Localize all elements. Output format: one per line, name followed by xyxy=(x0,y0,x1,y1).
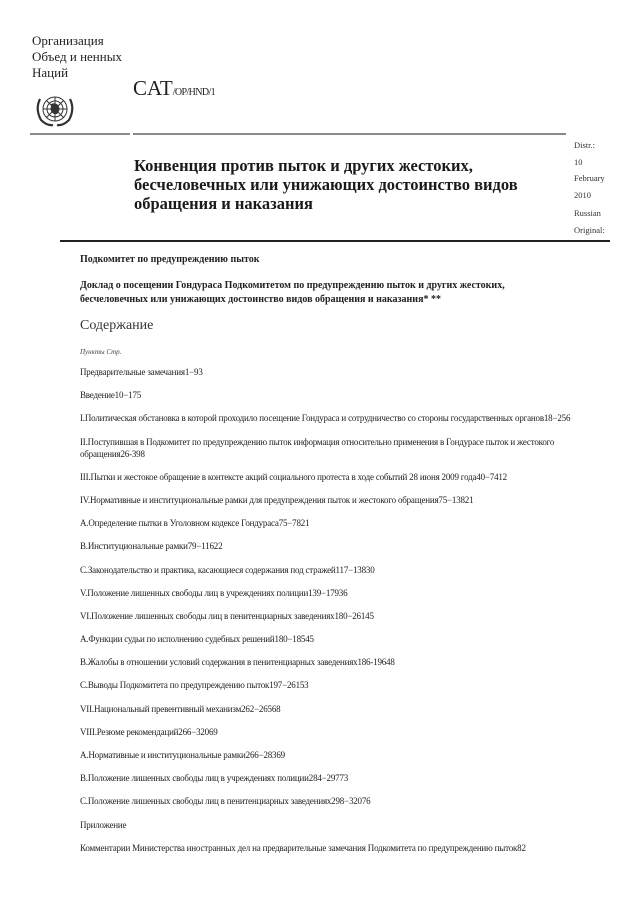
toc-item[interactable]: B.Институциональные рамки79−11622 xyxy=(80,540,580,552)
toc-item[interactable]: Введение10−175 xyxy=(80,389,580,401)
distr-label: Distr.: xyxy=(574,140,605,151)
convention-title: Конвенция против пыток и других жестоких… xyxy=(134,156,554,213)
toc-item[interactable]: A.Нормативные и институциональные рамки2… xyxy=(80,749,580,761)
organization-line-2: Объед и ненных xyxy=(32,49,122,65)
organization-line-3: Наций xyxy=(32,65,122,81)
document-symbol-main: CAT xyxy=(133,76,173,100)
toc-item[interactable]: B.Жалобы в отношении условий содержания … xyxy=(80,656,580,668)
toc-item[interactable]: IV.Нормативные и институциональные рамки… xyxy=(80,494,580,506)
header-rule-bottom xyxy=(60,240,610,242)
toc-item[interactable]: A.Функции судьи по исполнению судебных р… xyxy=(80,633,580,645)
toc-annex-heading: Приложение xyxy=(80,819,580,831)
toc-item[interactable]: III.Пытки и жестокое обращение в контекс… xyxy=(80,471,580,483)
toc-item[interactable]: Комментарии Министерства иностранных дел… xyxy=(80,842,580,854)
date-year: 2010 xyxy=(574,190,605,201)
date-month: February xyxy=(574,173,605,184)
header-rule-left xyxy=(30,133,130,135)
toc-item[interactable]: VIII.Резюме рекомендаций266−32069 xyxy=(80,726,580,738)
date-day: 10 xyxy=(574,157,605,168)
subcommittee-heading: Подкомитет по предупреждению пыток xyxy=(80,254,260,265)
document-date: 10 February 2010 xyxy=(574,157,605,201)
toc-item[interactable]: C.Положение лишенных свободы лиц в пенит… xyxy=(80,795,580,807)
un-emblem-icon xyxy=(31,90,79,130)
toc-item[interactable]: V.Положение лишенных свободы лиц в учреж… xyxy=(80,587,580,599)
toc-item[interactable]: B.Положение лишенных свободы лиц в учреж… xyxy=(80,772,580,784)
distribution-info: Distr.: 10 February 2010 Russian Origina… xyxy=(574,140,605,241)
table-of-contents: Предварительные замечания1−93 Введение10… xyxy=(80,366,580,865)
organization-name: Организация Объед и ненных Наций xyxy=(32,33,122,81)
header-rule-right xyxy=(133,133,566,135)
original-label: Original: xyxy=(574,225,605,236)
organization-line-1: Организация xyxy=(32,33,122,49)
toc-item[interactable]: Предварительные замечания1−93 xyxy=(80,366,580,378)
report-title: Доклад о посещении Гондураса Подкомитето… xyxy=(80,279,570,307)
toc-item[interactable]: VII.Национальный превентивный механизм26… xyxy=(80,703,580,715)
toc-item[interactable]: A.Определение пытки в Уголовном кодексе … xyxy=(80,517,580,529)
document-symbol: CAT/OP/HND/1 xyxy=(133,76,215,101)
toc-item[interactable]: C.Выводы Подкомитета по предупреждению п… xyxy=(80,679,580,691)
contents-heading: Содержание xyxy=(80,318,153,334)
toc-column-header: Пункты Стр. xyxy=(80,348,121,356)
toc-item[interactable]: VI.Положение лишенных свободы лиц в пени… xyxy=(80,610,580,622)
toc-item[interactable]: C.Законодательство и практика, касающиес… xyxy=(80,564,580,576)
toc-item[interactable]: I.Политическая обстановка в которой прох… xyxy=(80,412,580,424)
document-language: Russian xyxy=(574,208,605,219)
toc-item[interactable]: II.Поступившая в Подкомитет по предупреж… xyxy=(80,436,580,460)
document-symbol-suffix: /OP/HND/1 xyxy=(173,87,215,98)
